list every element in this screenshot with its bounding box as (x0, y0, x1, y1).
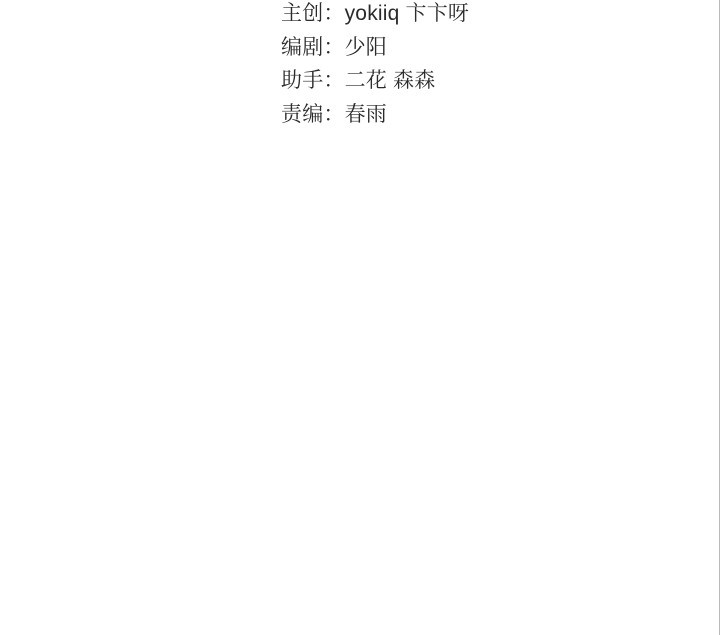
credit-value-assistants: 二花 森森 (345, 69, 436, 92)
credit-value-creator: yokiiq 卞卞呀 (345, 2, 470, 25)
credit-label-assistants: 助手： (281, 69, 345, 92)
credit-line-assistants: 助手：二花 森森 (281, 64, 469, 98)
comic-credits-page: 主创：yokiiq 卞卞呀 编剧：少阳 助手：二花 森森 责编：春雨 (0, 0, 720, 635)
credit-label-creator: 主创： (281, 2, 345, 25)
credit-label-writer: 编剧： (281, 36, 345, 59)
credit-value-writer: 少阳 (345, 36, 387, 59)
credit-value-editor: 春雨 (345, 103, 387, 126)
credits-block: 主创：yokiiq 卞卞呀 编剧：少阳 助手：二花 森森 责编：春雨 (281, 0, 469, 131)
credit-line-editor: 责编：春雨 (281, 98, 469, 132)
credit-line-writer: 编剧：少阳 (281, 31, 469, 65)
credit-label-editor: 责编： (281, 103, 345, 126)
credit-line-creator: 主创：yokiiq 卞卞呀 (281, 0, 469, 31)
